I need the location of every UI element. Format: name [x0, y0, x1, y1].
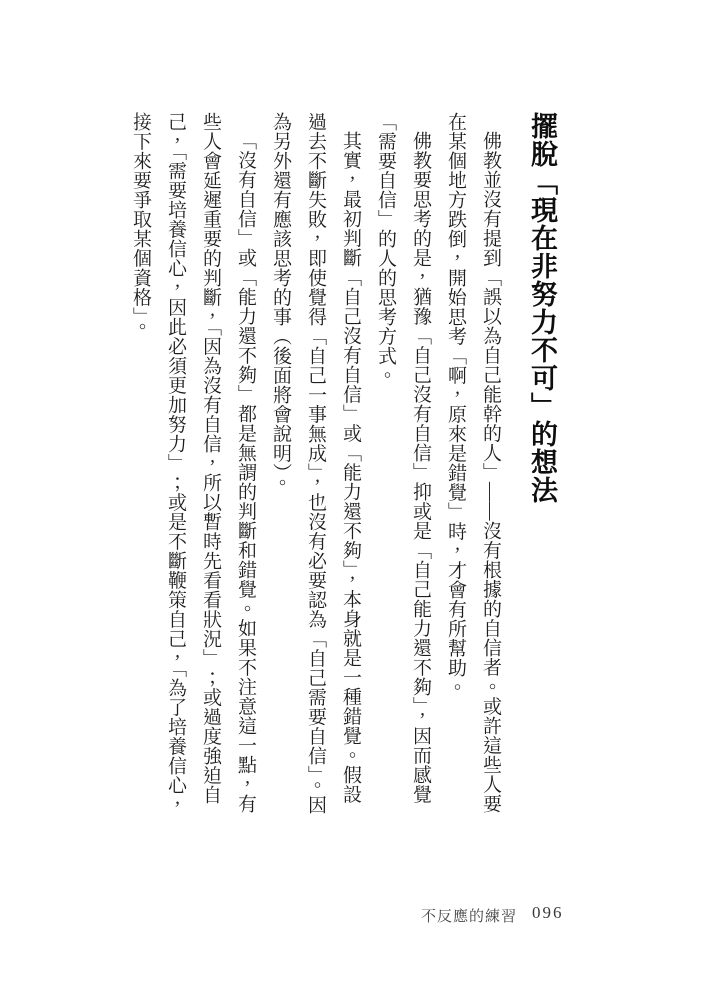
- text-line: 其實，最初判斷「自己沒有自信」或「能力還不夠」，本身就是一種錯覺。假設: [333, 112, 368, 860]
- text-line: 「沒有自信」或「能力還不夠」都是無謂的判斷和錯覺。如果不注意這一點，有: [228, 112, 263, 860]
- footer-page-number: 096: [532, 903, 564, 923]
- paragraph: 佛教並沒有提到「誤以為自己能幹的人」——沒有根據的自信者。或許這些人要在某個地方…: [438, 112, 508, 860]
- body-text: 佛教並沒有提到「誤以為自己能幹的人」——沒有根據的自信者。或許這些人要在某個地方…: [123, 112, 508, 860]
- text-line: 己，「需要培養信心，因此必須更加努力」；或是不斷鞭策自己，「為了培養信心，: [158, 112, 193, 860]
- text-line: 佛教要思考的是，猶豫「自己沒有自信」抑或是「自己能力還不夠」，因而感覺: [403, 112, 438, 860]
- text-line: 些人會延遲重要的判斷，「因為沒有自信，所以暫時先看看狀況」；或過度強迫自: [193, 112, 228, 860]
- chapter-title: 擺脫「現在非努力不可」的想法: [522, 112, 562, 860]
- text-line: 接下來要爭取某個資格」。: [123, 112, 158, 860]
- book-page: { "page": { "heading": "擺脫「現在非努力不可」的想法",…: [0, 0, 711, 1000]
- text-line: 「需要自信」的人的思考方式。: [368, 112, 403, 860]
- paragraph: 「沒有自信」或「能力還不夠」都是無謂的判斷和錯覺。如果不注意這一點，有些人會延遲…: [123, 112, 263, 860]
- text-line: 為另外還有應該思考的事（後面將會說明）。: [263, 112, 298, 860]
- text-line: 過去不斷失敗，即使覺得「自己一事無成」，也沒有必要認為「自己需要自信」。因: [298, 112, 333, 860]
- page-content: 擺脫「現在非努力不可」的想法 佛教並沒有提到「誤以為自己能幹的人」——沒有根據的…: [123, 112, 562, 860]
- text-line: 佛教並沒有提到「誤以為自己能幹的人」——沒有根據的自信者。或許這些人要: [473, 112, 508, 860]
- paragraph: 其實，最初判斷「自己沒有自信」或「能力還不夠」，本身就是一種錯覺。假設過去不斷失…: [263, 112, 368, 860]
- text-line: 在某個地方跌倒，開始思考「啊，原來是錯覺」時，才會有所幫助。: [438, 112, 473, 860]
- paragraph: 佛教要思考的是，猶豫「自己沒有自信」抑或是「自己能力還不夠」，因而感覺「需要自信…: [368, 112, 438, 860]
- footer-book-title: 不反應的練習: [421, 905, 517, 926]
